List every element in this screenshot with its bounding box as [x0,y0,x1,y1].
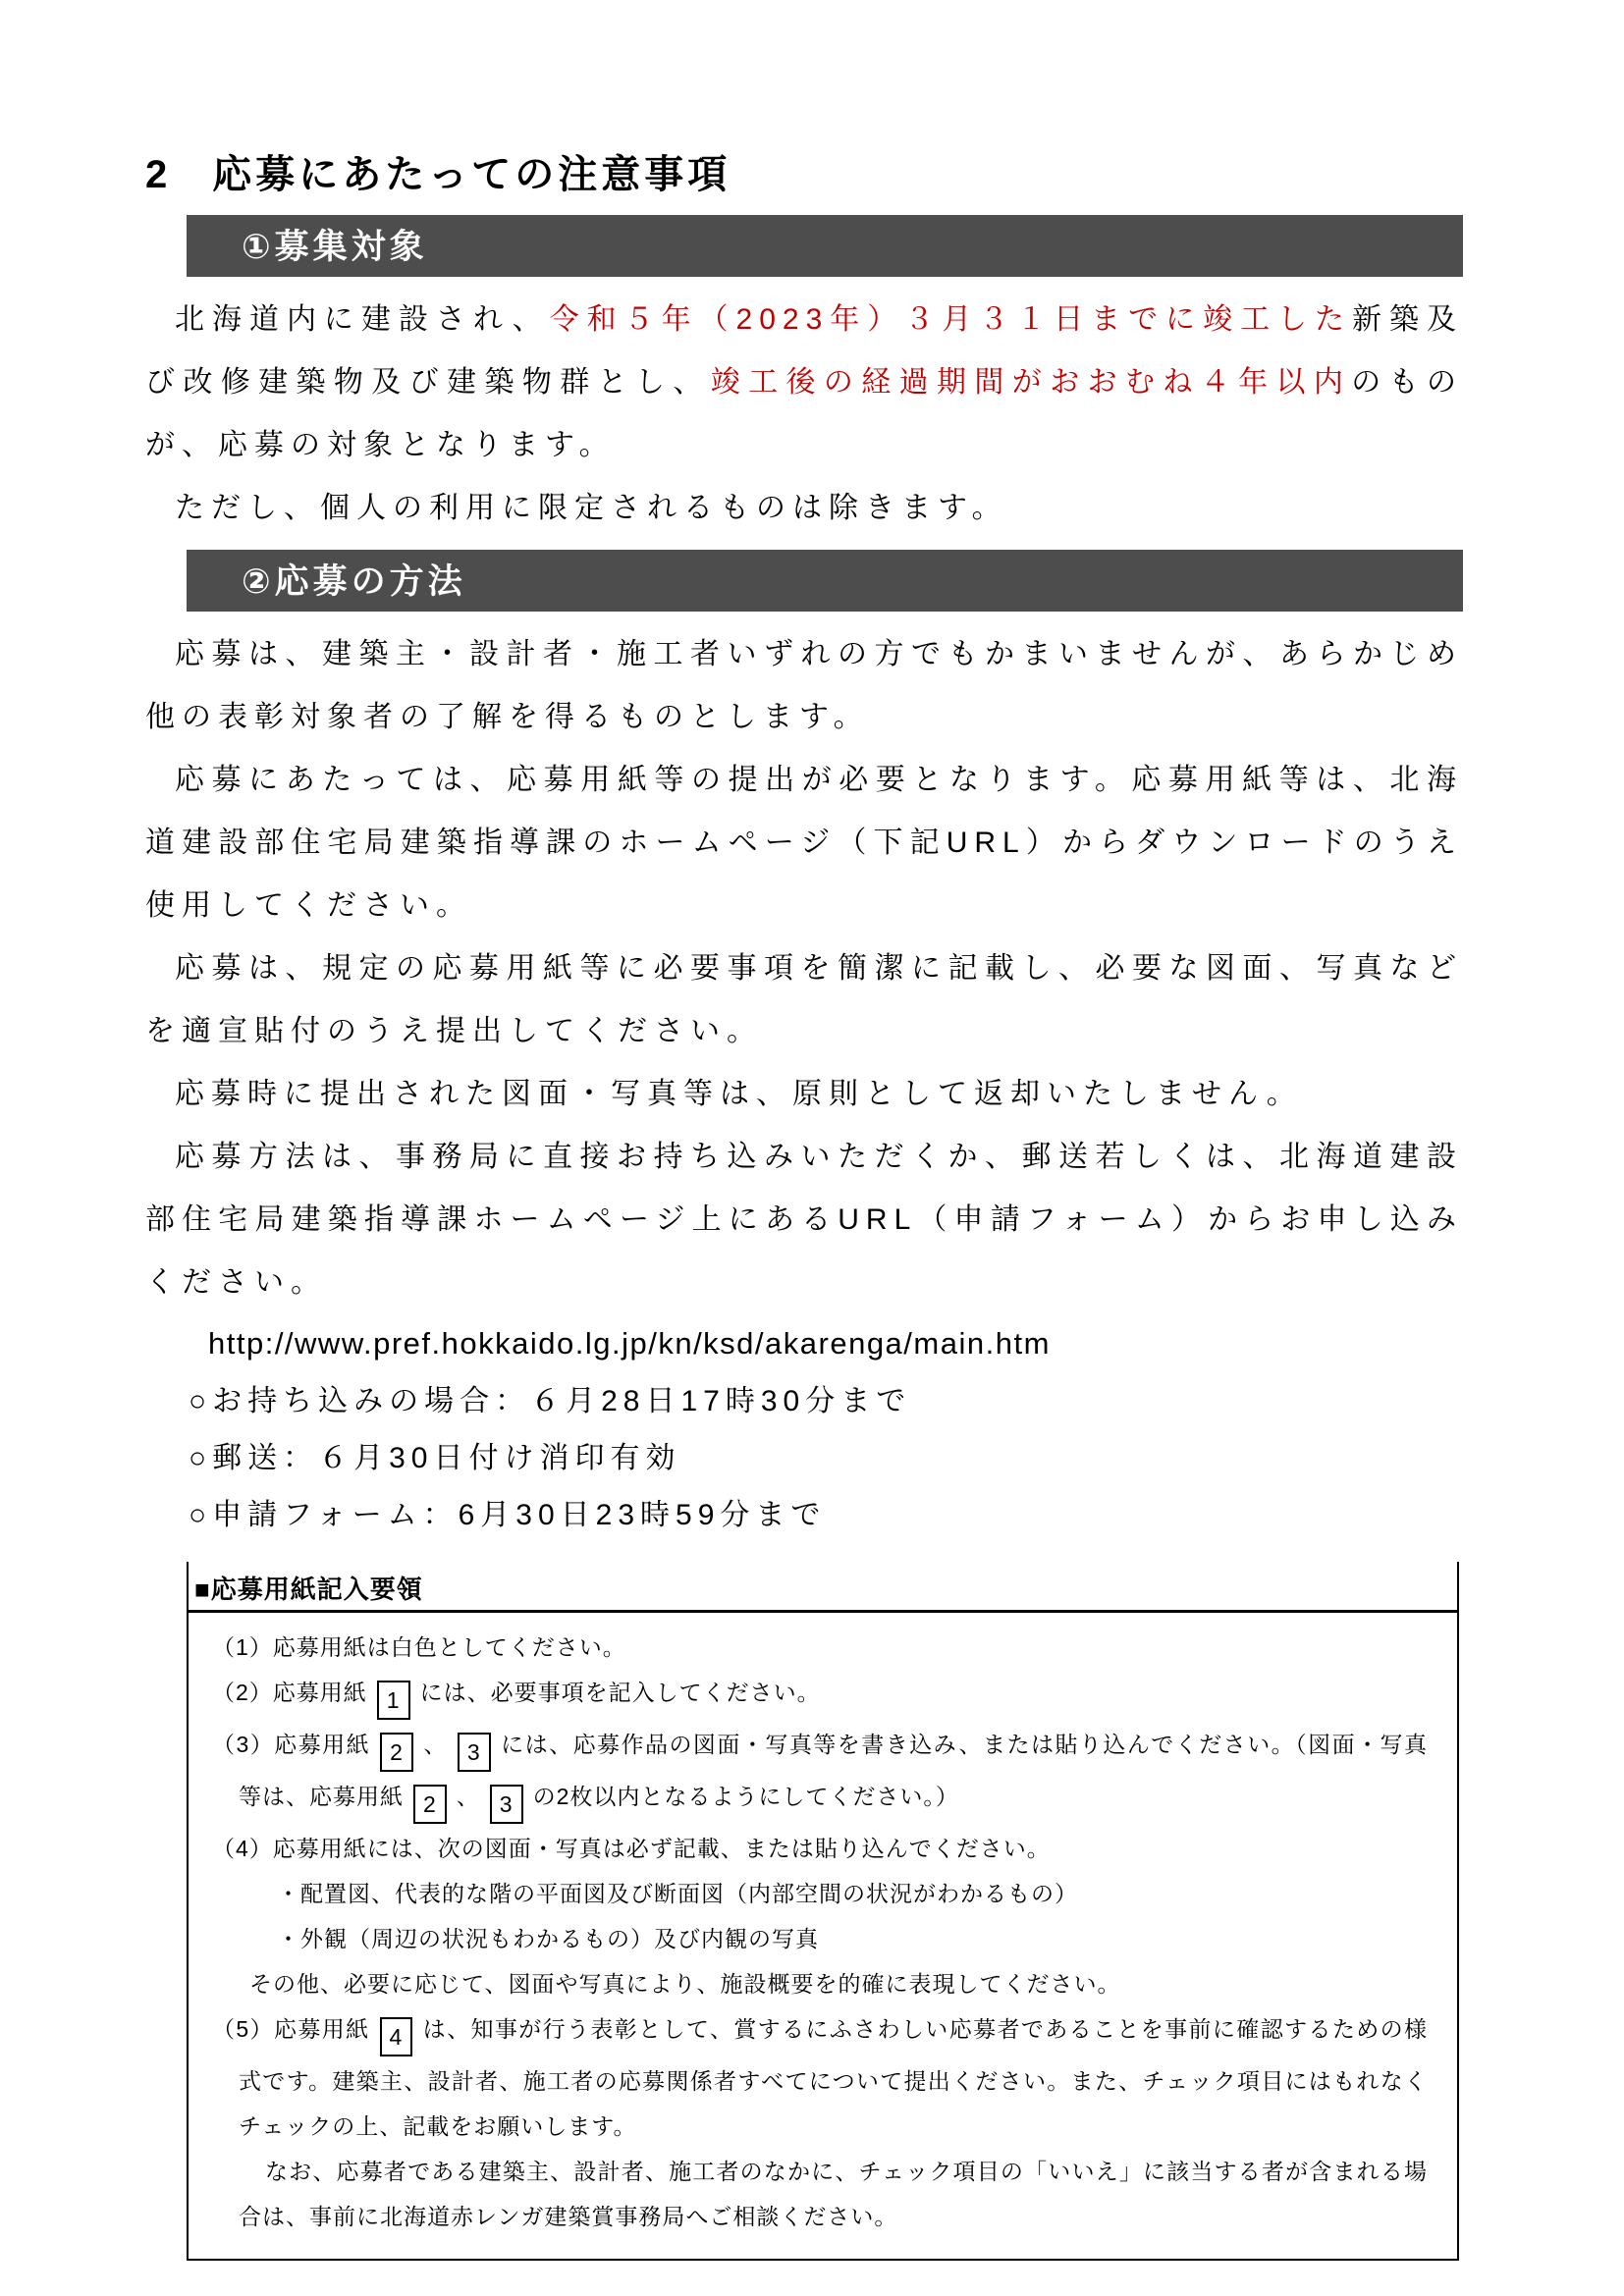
eligibility-seg-red-2: 竣工後の経過期間がおおむね４年以内 [711,366,1352,399]
eligibility-seg-red-1: 令和５年（2023年）３月３１日までに竣工した [550,303,1352,336]
guideline-item-5-pre: 応募用紙 [274,2016,370,2042]
guideline-item-4-bullet-2: ・外観（周辺の状況もわかるもの）及び内観の写真 [212,1916,1428,1961]
deadline-web-form: ○申請フォーム：6月30日23時59分まで [145,1487,1463,1544]
paragraph-eligibility: 北海道内に建設され、令和５年（2023年）３月３１日までに竣工した新築及び改修建… [145,289,1463,477]
form-sheet-number-box-2: 2 [380,1733,413,1772]
form-sheet-number-box-3: 3 [458,1733,491,1772]
form-entry-guidelines-title: ■応募用紙記入要領 [189,1562,1457,1613]
form-sheet-number-box-1: 1 [377,1681,410,1720]
form-entry-guidelines-body: （1）応募用紙は白色としてください。 （2）応募用紙1には、必要事項を記入してく… [189,1613,1457,2259]
guideline-item-4-note: その他、必要に応じて、図面や写真により、施設概要を的確に表現してください。 [212,1961,1428,2006]
guideline-item-3-post: の2枚以内となるようにしてください。） [533,1784,959,1809]
guideline-item-4-bullet-1: ・配置図、代表的な階の平面図及び断面図（内部空間の状況がわかるもの） [212,1871,1428,1916]
guideline-item-4: （4）応募用紙には、次の図面・写真は必ず記載、または貼り込んでください。 [212,1826,1428,1871]
guideline-item-1-text: 応募用紙は白色としてください。 [273,1634,626,1660]
guideline-item-4-marker: （4） [212,1836,273,1861]
deadline-bring-in: ○お持ち込みの場合：６月28日17時30分まで [145,1373,1463,1430]
paragraph-form-filling: 応募は、規定の応募用紙等に必要事項を簡潔に記載し、必要な図面、写真などを適宣貼付… [145,937,1463,1063]
guideline-item-4-text: 応募用紙には、次の図面・写真は必ず記載、または貼り込んでください。 [273,1836,1051,1861]
form-entry-guidelines-box: ■応募用紙記入要領 （1）応募用紙は白色としてください。 （2）応募用紙1には、… [187,1562,1459,2261]
banner-recruitment-target-label: ①募集対象 [242,228,428,266]
paragraph-no-return: 応募時に提出された図面・写真等は、原則として返却いたしません。 [145,1063,1463,1126]
guideline-item-2-post: には、必要事項を記入してください。 [420,1680,821,1705]
paragraph-forms-download: 応募にあたっては、応募用紙等の提出が必要となります。応募用紙等は、北海道建設部住… [145,749,1463,937]
form-sheet-number-box-2b: 2 [413,1785,447,1824]
application-url: http://www.pref.hokkaido.lg.jp/kn/ksd/ak… [145,1314,1463,1373]
page-title: 2応募にあたっての注意事項 [145,143,1463,199]
guideline-item-3-pre: 応募用紙 [274,1732,370,1757]
paragraph-applicant: 応募は、建築主・設計者・施工者いずれの方でもかまいませんが、あらかじめ他の表彰対… [145,623,1463,749]
guideline-item-3-sep2: 、 [457,1784,480,1809]
form-sheet-number-box-4: 4 [380,2017,413,2056]
guideline-item-2: （2）応募用紙1には、必要事項を記入してください。 [212,1670,1428,1722]
guideline-item-5: （5）応募用紙4は、知事が行う表彰として、賞するにふさわしい応募者であることを事… [212,2006,1428,2149]
section-title-text: 応募にあたっての注意事項 [212,153,731,196]
guideline-item-1-marker: （1） [212,1634,273,1660]
deadline-mail: ○郵送：６月30日付け消印有効 [145,1430,1463,1487]
banner-application-method: ②応募の方法 [187,550,1463,612]
eligibility-seg-1: 北海道内に建設され、 [175,303,550,336]
banner-application-method-label: ②応募の方法 [242,562,466,601]
guideline-item-3: （3）応募用紙2、3には、応募作品の図面・写真等を書き込み、または貼り込んでくだ… [212,1722,1428,1826]
paragraph-exclusion: ただし、個人の利用に限定されるものは除きます。 [145,477,1463,540]
guideline-item-2-marker: （2） [212,1680,273,1705]
section-number: 2 [145,153,171,196]
guideline-item-5-note: なお、応募者である建築主、設計者、施工者のなかに、チェック項目の「いいえ」に該当… [212,2149,1428,2239]
guideline-item-1: （1）応募用紙は白色としてください。 [212,1625,1428,1670]
guideline-item-5-marker: （5） [212,2016,274,2042]
guideline-item-3-marker: （3） [212,1732,274,1757]
form-sheet-number-box-3b: 3 [490,1785,523,1824]
banner-recruitment-target: ①募集対象 [187,215,1463,277]
paragraph-submission-methods: 応募方法は、事務局に直接お持ち込みいただくか、郵送若しくは、北海道建設部住宅局建… [145,1126,1463,1314]
guideline-item-2-pre: 応募用紙 [273,1680,367,1705]
guideline-item-5-post: は、知事が行う表彰として、賞するにふさわしい応募者であることを事前に確認するため… [239,2016,1428,2139]
guideline-item-3-sep1: 、 [423,1732,448,1757]
document-page: 2応募にあたっての注意事項 ①募集対象 北海道内に建設され、令和５年（2023年… [0,0,1624,2261]
